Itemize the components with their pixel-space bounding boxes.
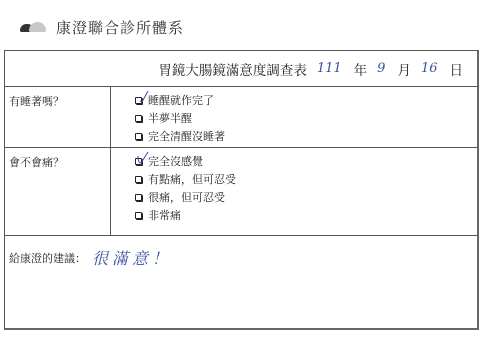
organization-name: 康澄聯合診所體系 <box>56 17 184 38</box>
year-label: 年 <box>354 59 368 79</box>
suggestion-label: 給康澄的建議： <box>9 250 86 266</box>
checkbox[interactable] <box>135 194 142 201</box>
option-item[interactable]: 完全沒感覺 <box>135 152 477 170</box>
month-value[interactable]: 9 <box>377 61 385 76</box>
checkbox[interactable] <box>135 212 142 219</box>
suggestion-value[interactable]: 很滿意！ <box>92 246 172 269</box>
checkbox[interactable] <box>135 133 142 140</box>
option-label: 非常痛 <box>148 207 181 223</box>
form-title: 胃鏡大腸鏡滿意度調查表 <box>158 59 307 79</box>
month-label: 月 <box>397 59 411 79</box>
question-row-pain: 會不會痛？ 完全沒感覺 有點痛，但可忍受 很痛，但可忍受 非常痛 <box>5 148 477 236</box>
options-list: 睡醒就作完了 半夢半醒 完全清醒沒睡著 <box>111 87 477 147</box>
option-label: 完全清醒沒睡著 <box>148 128 225 144</box>
question-label: 會不會痛？ <box>5 148 111 235</box>
option-label: 很痛，但可忍受 <box>148 189 225 205</box>
question-label: 有睡著嗎？ <box>5 87 111 147</box>
option-label: 半夢半醒 <box>148 110 192 126</box>
page-header: 康澄聯合診所體系 <box>20 16 184 38</box>
option-label: 睡醒就作完了 <box>148 92 214 108</box>
option-label: 完全沒感覺 <box>148 153 203 169</box>
option-item[interactable]: 睡醒就作完了 <box>135 91 477 109</box>
clinic-logo-icon <box>20 20 48 34</box>
question-row-sleep: 有睡著嗎？ 睡醒就作完了 半夢半醒 完全清醒沒睡著 <box>5 87 477 148</box>
year-value[interactable]: 111 <box>317 61 342 76</box>
option-item[interactable]: 完全清醒沒睡著 <box>135 127 477 145</box>
option-item[interactable]: 有點痛，但可忍受 <box>135 170 477 188</box>
option-item[interactable]: 非常痛 <box>135 206 477 224</box>
option-item[interactable]: 半夢半醒 <box>135 109 477 127</box>
check-mark-icon <box>137 151 149 165</box>
option-item[interactable]: 很痛，但可忍受 <box>135 188 477 206</box>
form-title-row: 胃鏡大腸鏡滿意度調查表 111 年 9 月 16 日 <box>5 51 477 87</box>
survey-form: 胃鏡大腸鏡滿意度調查表 111 年 9 月 16 日 有睡著嗎？ 睡醒就作完了 … <box>4 50 479 330</box>
checkbox[interactable] <box>135 115 142 122</box>
checkbox[interactable] <box>135 176 142 183</box>
day-value[interactable]: 16 <box>421 61 438 76</box>
option-label: 有點痛，但可忍受 <box>148 171 236 187</box>
options-list: 完全沒感覺 有點痛，但可忍受 很痛，但可忍受 非常痛 <box>111 148 477 235</box>
suggestion-row: 給康澄的建議： 很滿意！ <box>5 236 477 279</box>
check-mark-icon <box>137 90 149 104</box>
day-label: 日 <box>450 59 464 79</box>
